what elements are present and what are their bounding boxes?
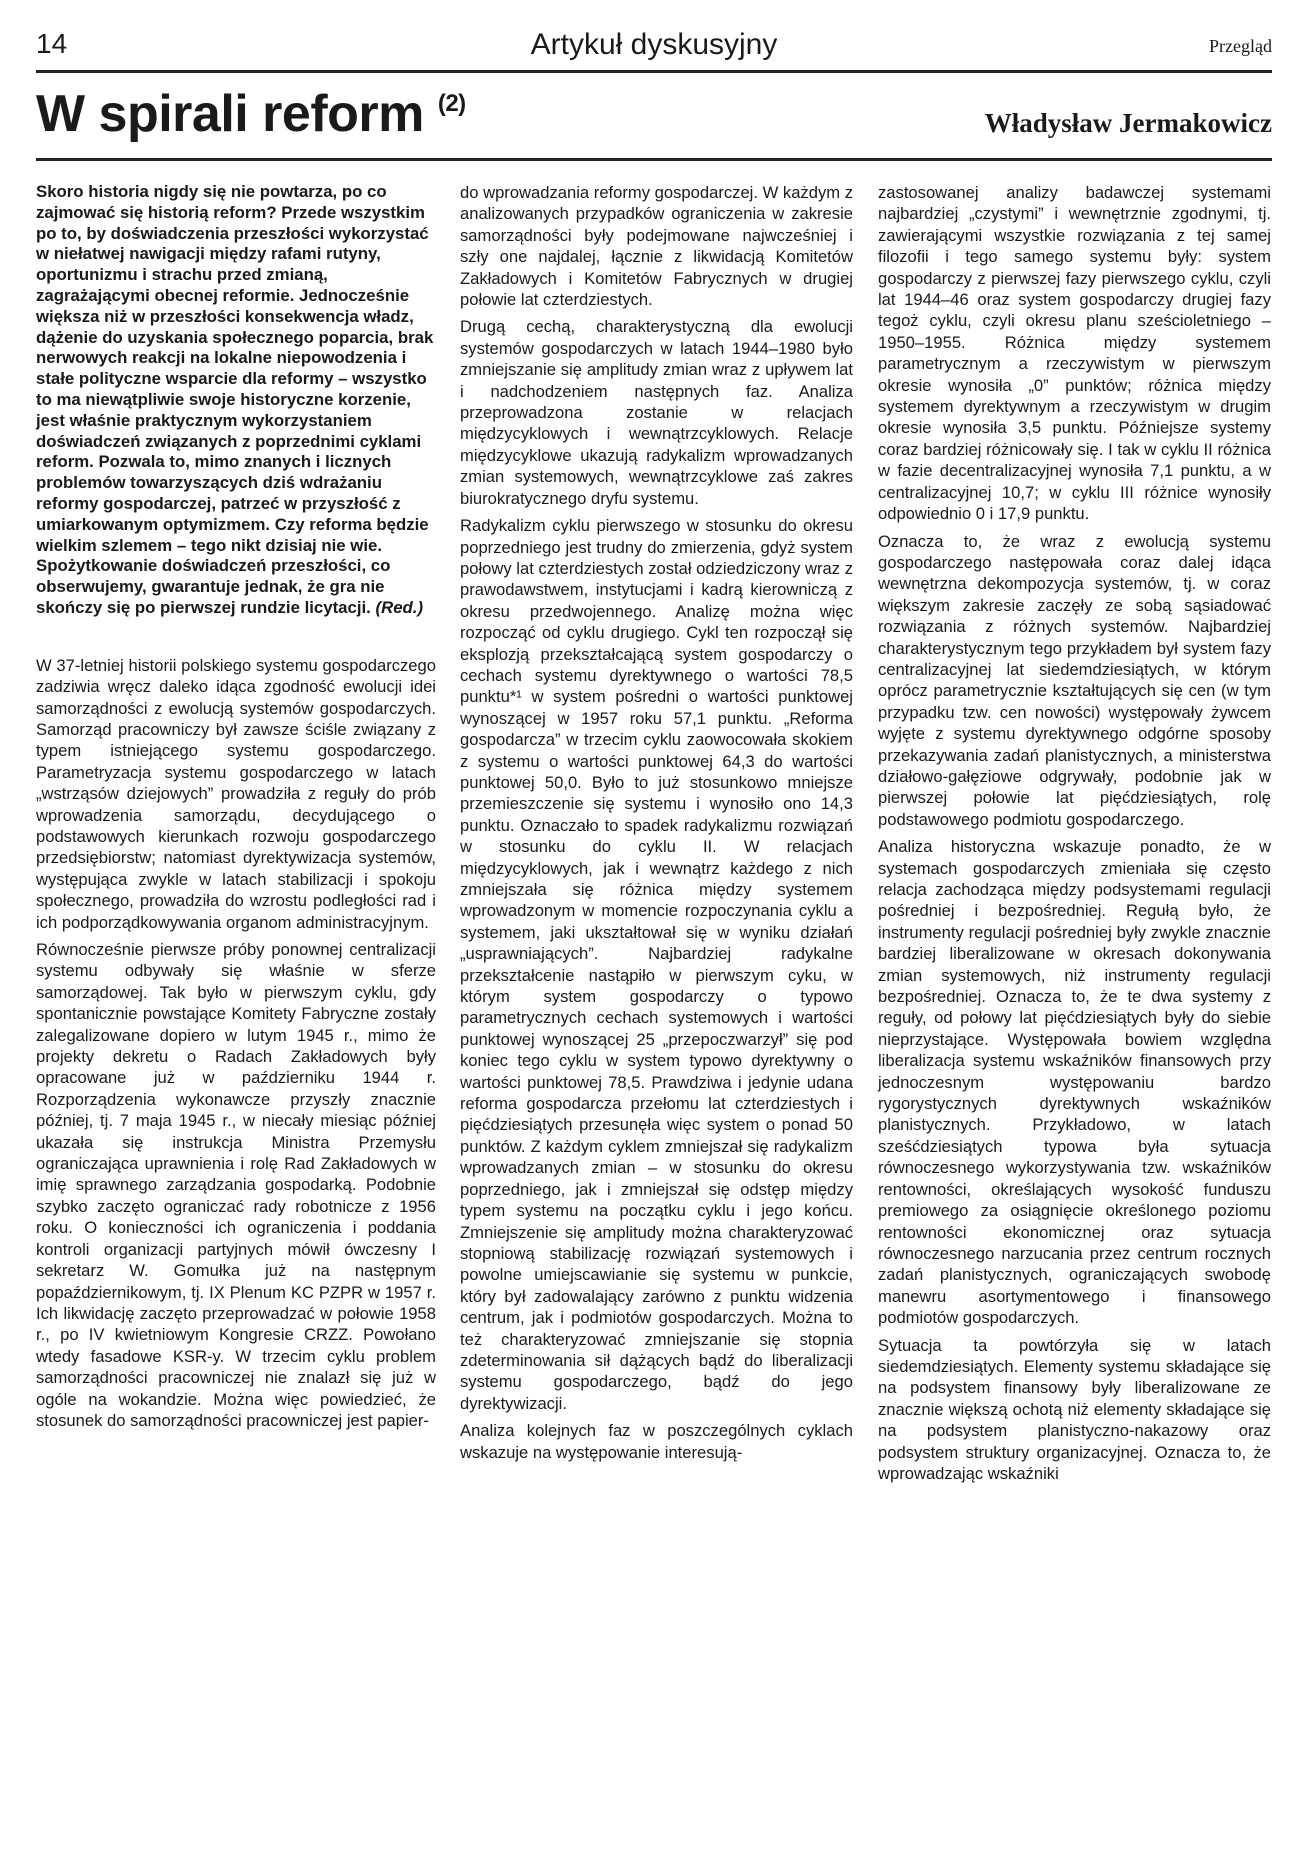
title-text: W spirali reform: [36, 85, 424, 143]
paragraph: Analiza historyczna wskazuje ponadto, że…: [878, 836, 1271, 1328]
paragraph: Sytuacja ta powtórzyła się w latach sied…: [878, 1335, 1271, 1485]
article-title: W spirali reform (2): [36, 84, 466, 144]
column-2: do wprowadzania reformy gospodarczej. W …: [460, 182, 853, 1469]
paragraph: Drugą cechą, charakterystyczną dla ewolu…: [460, 316, 853, 509]
paragraph: Analiza kolejnych faz w poszczególnych c…: [460, 1420, 853, 1463]
lead-signature: (Red.): [376, 598, 424, 617]
paragraph: W 37-letniej historii polskiego systemu …: [36, 655, 436, 933]
lead-text: Skoro historia nigdy się nie powtarza, p…: [36, 182, 433, 617]
paragraph: Równocześnie pierwsze próby ponownej cen…: [36, 939, 436, 1431]
paragraph: Radykalizm cyklu pierwszego w stosunku d…: [460, 515, 853, 1414]
paragraph: Oznacza to, że wraz z ewolucją systemu g…: [878, 531, 1271, 831]
header-rule: [36, 70, 1272, 73]
article-author: Władysław Jermakowicz: [985, 108, 1272, 139]
column-1: Skoro historia nigdy się nie powtarza, p…: [36, 182, 436, 1437]
column-3: zastosowanej analizy badawczej systemami…: [878, 182, 1271, 1490]
paragraph: do wprowadzania reformy gospodarczej. W …: [460, 182, 853, 310]
title-part-number: (2): [438, 90, 466, 117]
magazine-name: Przegląd: [1209, 36, 1272, 57]
running-header: 14 Artykuł dyskusyjny Przegląd: [36, 28, 1272, 68]
article-lead: Skoro historia nigdy się nie powtarza, p…: [36, 182, 436, 619]
section-label: Artykuł dyskusyjny: [36, 28, 1272, 62]
title-rule: [36, 158, 1272, 161]
paragraph: zastosowanej analizy badawczej systemami…: [878, 182, 1271, 525]
